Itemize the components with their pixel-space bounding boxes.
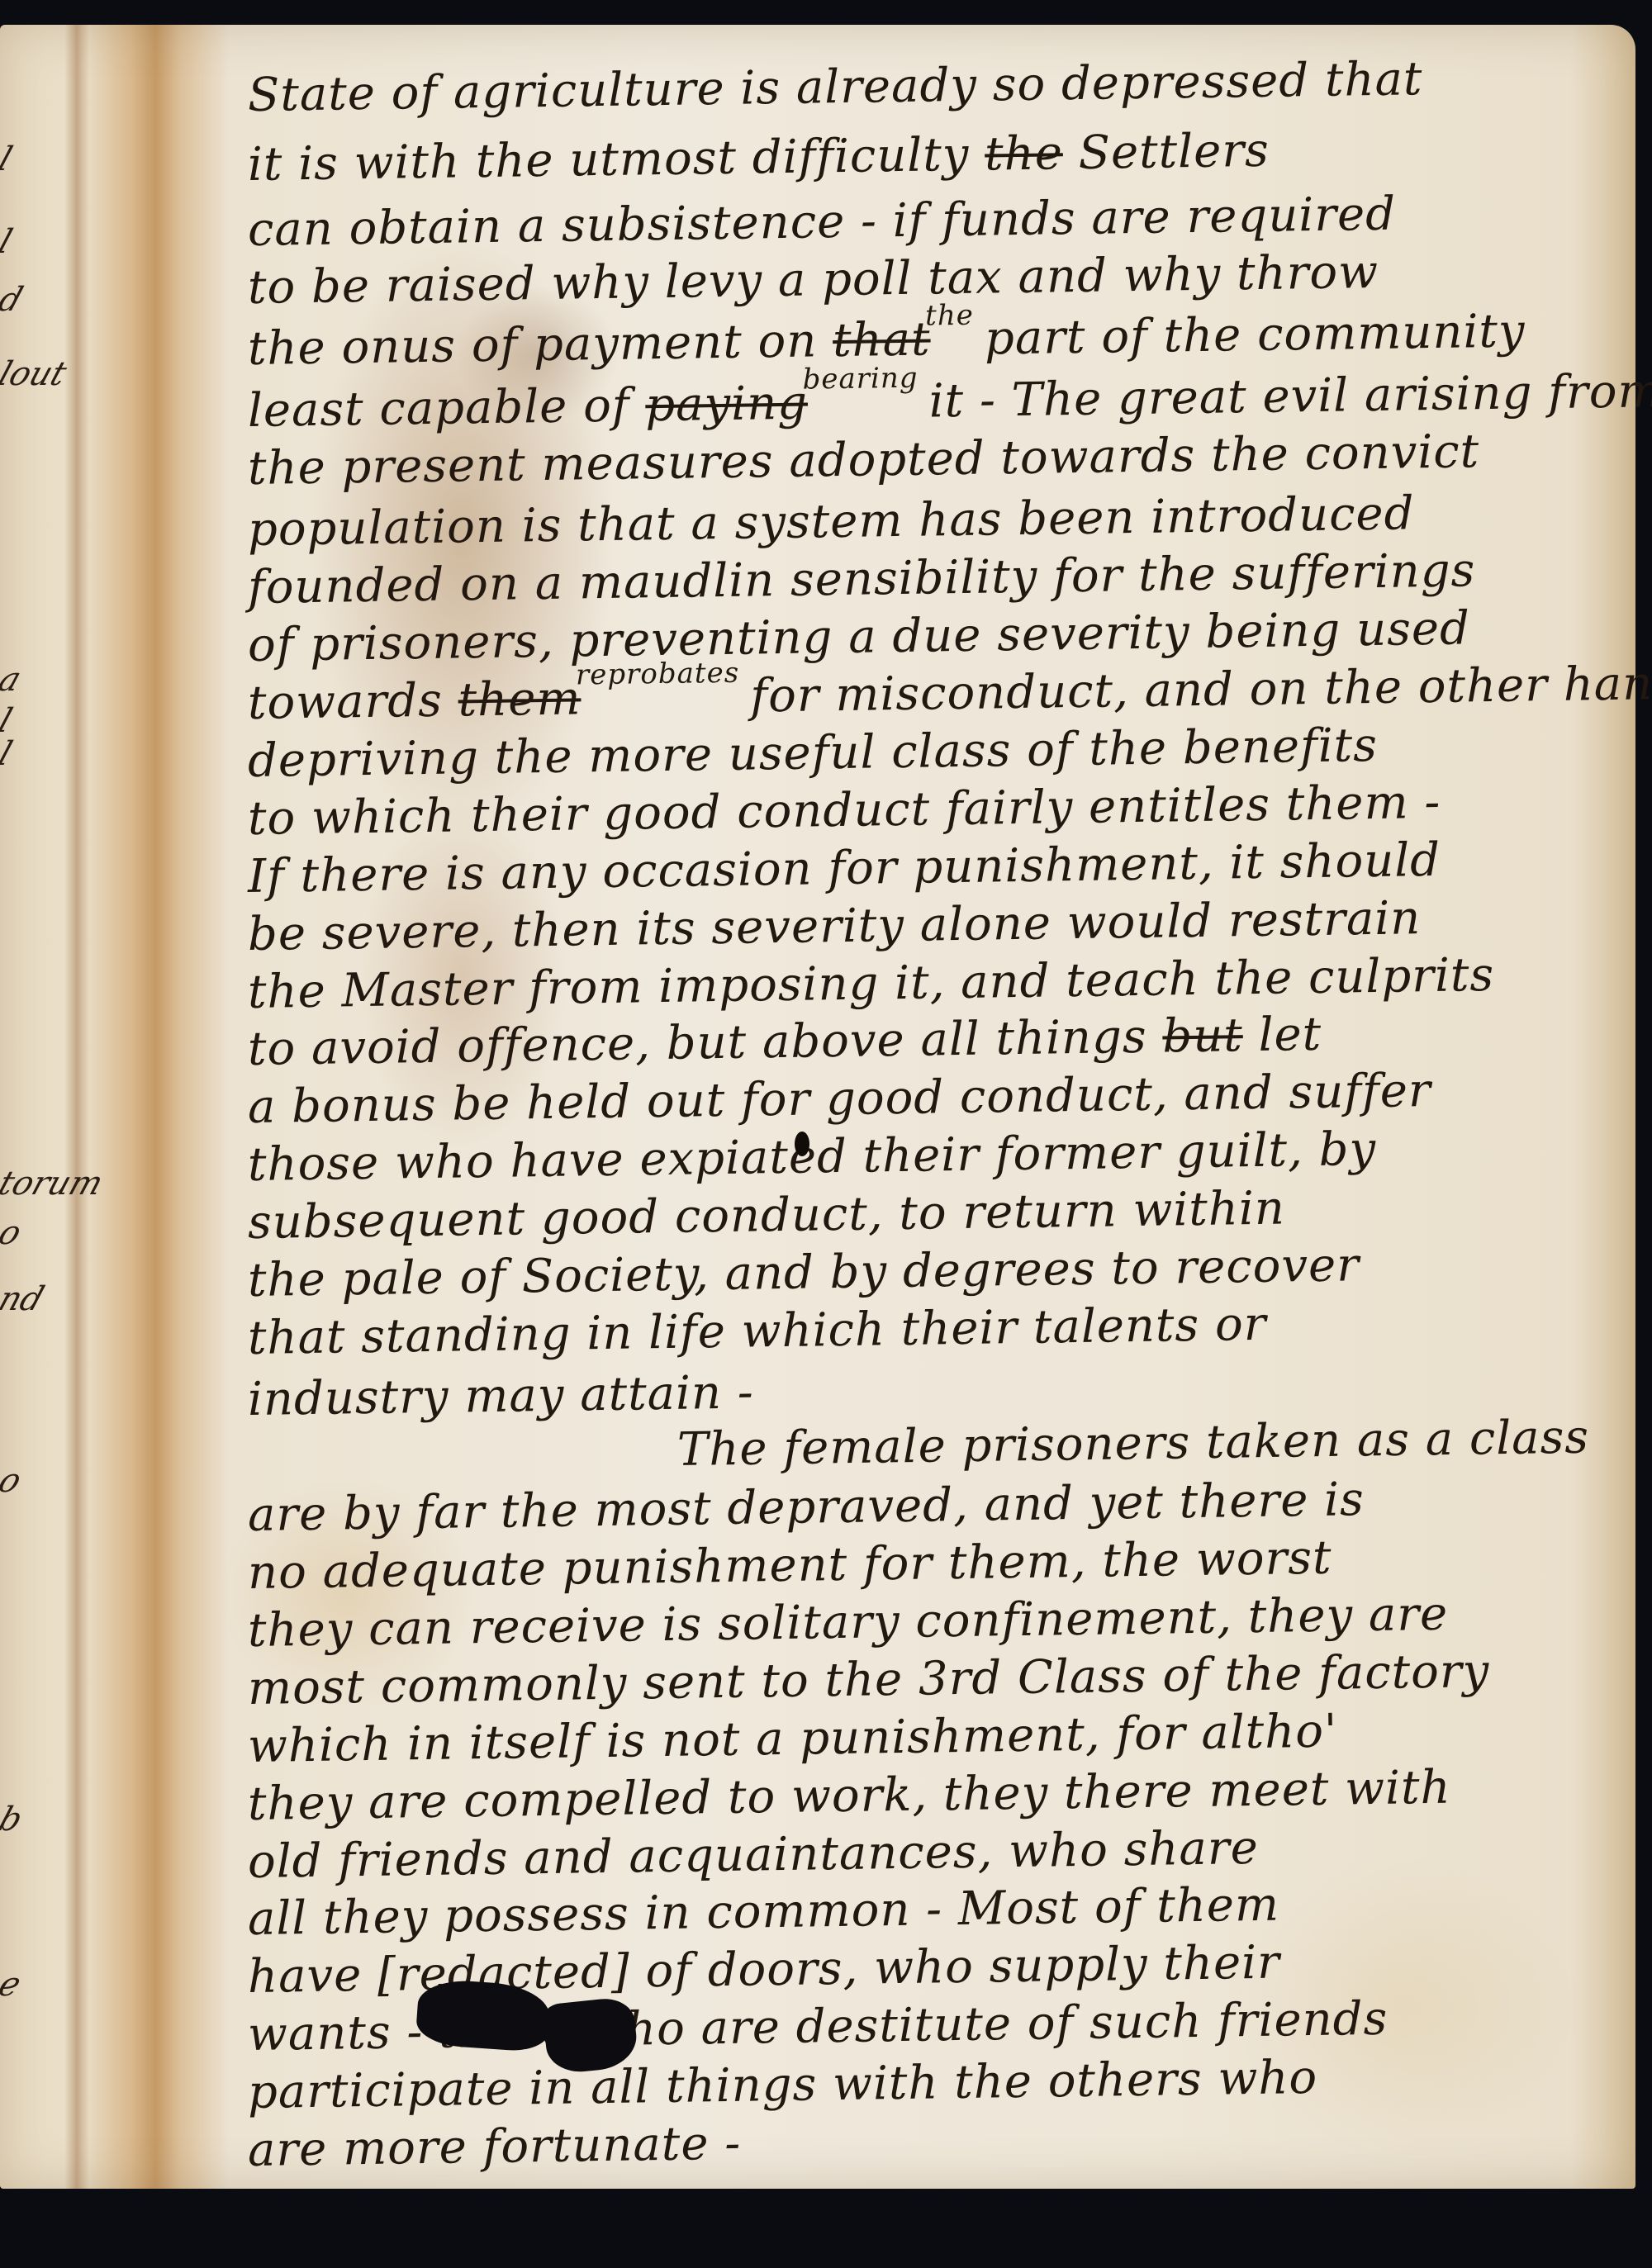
manuscript-line: to avoid offence, but above all things b…	[248, 1008, 1322, 1076]
line-text: for misconduct, and on the other hand	[734, 657, 1652, 724]
manuscript-line: all they possess in common - Most of the…	[248, 1879, 1280, 1946]
line-text: can obtain a subsistence - if funds are …	[248, 187, 1397, 257]
manuscript-line: industry may attain -	[248, 1366, 755, 1426]
line-text: are by far the most depraved, and yet th…	[248, 1473, 1365, 1542]
inserted-word: reprobates	[576, 647, 740, 702]
line-text: The female prisoners taken as a class	[677, 1411, 1590, 1477]
line-text: all they possess in common - Most of the…	[248, 1878, 1280, 1946]
manuscript-line: no adequate punishment for them, the wor…	[248, 1532, 1332, 1600]
line-text: it is with the utmost difficulty	[248, 128, 985, 192]
manuscript-line: the pale of Society, and by degrees to r…	[248, 1239, 1360, 1307]
line-text: let	[1242, 1008, 1322, 1062]
manuscript-line: those who have expiated their former gui…	[248, 1123, 1377, 1192]
manuscript-line: are more fortunate -	[248, 2118, 742, 2177]
manuscript-line: are by far the most depraved, and yet th…	[248, 1473, 1365, 1542]
margin-fragment: a	[0, 661, 26, 699]
line-text: towards	[247, 673, 458, 730]
manuscript-line: they are compelled to work, they there m…	[248, 1762, 1451, 1831]
manuscript-line: to be raised why levy a poll tax and why…	[248, 246, 1379, 315]
line-text: subsequent good conduct, to return withi…	[248, 1181, 1286, 1250]
line-text: have [redacted] of doors, who supply the…	[248, 1936, 1281, 2004]
line-text: it - The great evil arising from	[913, 364, 1652, 429]
manuscript-line: participate in all things with the other…	[248, 2052, 1318, 2119]
adjacent-page-margin: lldloutalltorumondobe	[0, 25, 74, 2172]
line-text: are more fortunate -	[248, 2117, 742, 2177]
line-text: State of agriculture is already so depre…	[248, 52, 1423, 122]
line-text: to avoid offence, but above all things	[248, 1010, 1163, 1076]
line-text: part of the community	[969, 304, 1526, 365]
inserted-word: the	[925, 289, 975, 343]
margin-fragment: d	[0, 281, 27, 319]
manuscript-line: The female prisoners taken as a class	[677, 1412, 1590, 1477]
margin-fragment: l	[0, 735, 17, 773]
margin-fragment: b	[0, 1801, 27, 1839]
margin-fragment: e	[0, 1966, 26, 2004]
line-text: those who have expiated their former gui…	[248, 1122, 1377, 1192]
line-text: to be raised why levy a poll tax and why…	[248, 245, 1379, 315]
margin-fragment: l	[0, 223, 17, 261]
struck-word: but	[1162, 1008, 1243, 1063]
line-text: the onus of payment on	[247, 314, 833, 376]
manuscript-line: that standing in life which their talent…	[248, 1298, 1267, 1365]
struck-word: them	[458, 671, 582, 727]
margin-fragment: lout	[0, 355, 71, 393]
line-text: least capable of	[247, 378, 645, 438]
manuscript-line: have [redacted] of doors, who supply the…	[248, 1937, 1281, 2004]
margin-fragment: o	[0, 1462, 26, 1500]
line-text: no adequate punishment for them, the wor…	[248, 1531, 1332, 1600]
struck-word: paying	[645, 377, 809, 433]
manuscript-text: State of agriculture is already so depre…	[248, 0, 1619, 2268]
line-text: the pale of Society, and by degrees to r…	[248, 1238, 1360, 1307]
manuscript-line: which in itself is not a punishment, for…	[248, 1706, 1338, 1773]
manuscript-line: old friends and acquaintances, who share	[248, 1822, 1260, 1889]
manuscript-line: it is with the utmost difficulty the Set…	[248, 125, 1270, 192]
line-text: industry may attain -	[248, 1365, 755, 1426]
line-text: they are compelled to work, they there m…	[248, 1761, 1451, 1831]
margin-fragment: o	[0, 1214, 26, 1252]
inserted-word: bearing	[802, 352, 919, 406]
struck-word: the	[985, 126, 1064, 181]
margin-fragment: torum	[0, 1165, 107, 1203]
ink-blot	[795, 1132, 809, 1156]
line-text: old friends and acquaintances, who share	[248, 1821, 1260, 1889]
line-text: that standing in life which their talent…	[248, 1298, 1267, 1365]
margin-fragment: l	[0, 140, 17, 178]
line-text: Settlers	[1062, 124, 1270, 180]
line-text: participate in all things with the other…	[248, 2051, 1318, 2119]
line-text: which in itself is not a punishment, for…	[248, 1705, 1338, 1773]
manuscript-line: State of agriculture is already so depre…	[248, 53, 1423, 122]
scan-frame: lldloutalltorumondobe State of agricultu…	[0, 0, 1652, 2268]
margin-fragment: nd	[0, 1280, 49, 1318]
manuscript-line: subsequent good conduct, to return withi…	[248, 1182, 1286, 1250]
